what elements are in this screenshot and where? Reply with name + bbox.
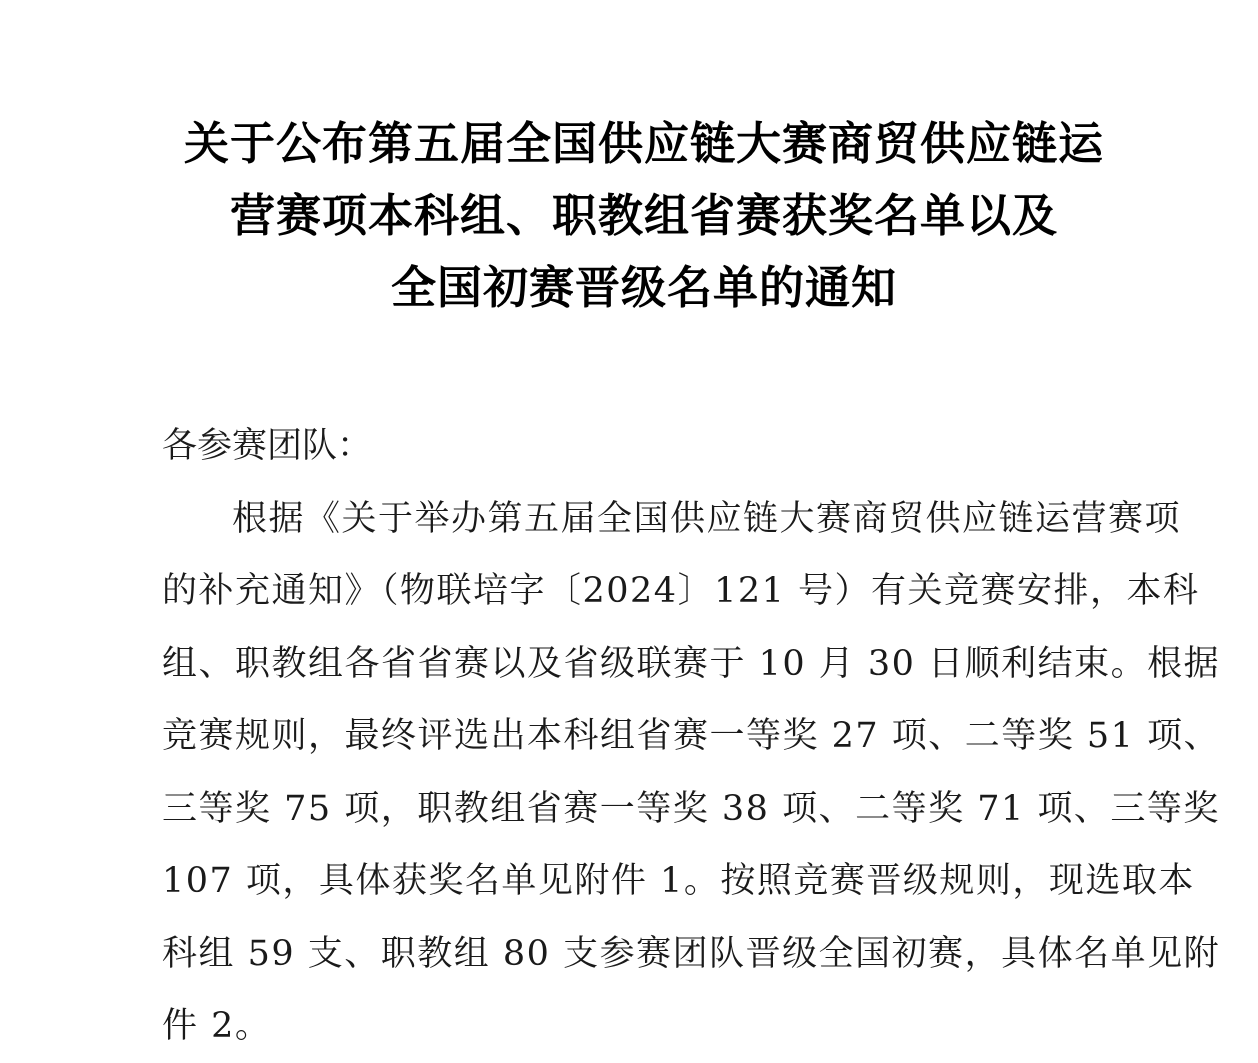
main-paragraph: 根据《关于举办第五届全国供应链大赛商贸供应链运营赛项 的补充通知》（物联培字〔2… bbox=[162, 483, 1132, 1063]
document-body: 各参赛团队： 根据《关于举办第五届全国供应链大赛商贸供应链运营赛项 的补充通知》… bbox=[162, 410, 1132, 1063]
salutation: 各参赛团队： bbox=[162, 410, 1132, 483]
document-page: 关于公布第五届全国供应链大赛商贸供应链运 营赛项本科组、职教组省赛获奖名单以及 … bbox=[0, 0, 1258, 1063]
paragraph-line: 三等奖 75 项，职教组省赛一等奖 38 项、二等奖 71 项、三等奖 bbox=[162, 773, 1132, 846]
paragraph-line: 根据《关于举办第五届全国供应链大赛商贸供应链运营赛项 bbox=[162, 483, 1132, 556]
document-title: 关于公布第五届全国供应链大赛商贸供应链运 营赛项本科组、职教组省赛获奖名单以及 … bbox=[0, 108, 1258, 324]
paragraph-line: 科组 59 支、职教组 80 支参赛团队晋级全国初赛，具体名单见附 bbox=[162, 918, 1132, 991]
title-line-2: 营赛项本科组、职教组省赛获奖名单以及 bbox=[0, 180, 1258, 252]
paragraph-line: 的补充通知》（物联培字〔2024〕121 号）有关竞赛安排，本科 bbox=[162, 555, 1132, 628]
paragraph-line: 件 2。 bbox=[162, 990, 1132, 1063]
paragraph-line: 107 项，具体获奖名单见附件 1。按照竞赛晋级规则，现选取本 bbox=[162, 845, 1132, 918]
title-line-3: 全国初赛晋级名单的通知 bbox=[0, 252, 1258, 324]
title-line-1: 关于公布第五届全国供应链大赛商贸供应链运 bbox=[0, 108, 1258, 180]
paragraph-line: 竞赛规则，最终评选出本科组省赛一等奖 27 项、二等奖 51 项、 bbox=[162, 700, 1132, 773]
paragraph-line: 组、职教组各省省赛以及省级联赛于 10 月 30 日顺利结束。根据 bbox=[162, 628, 1132, 701]
